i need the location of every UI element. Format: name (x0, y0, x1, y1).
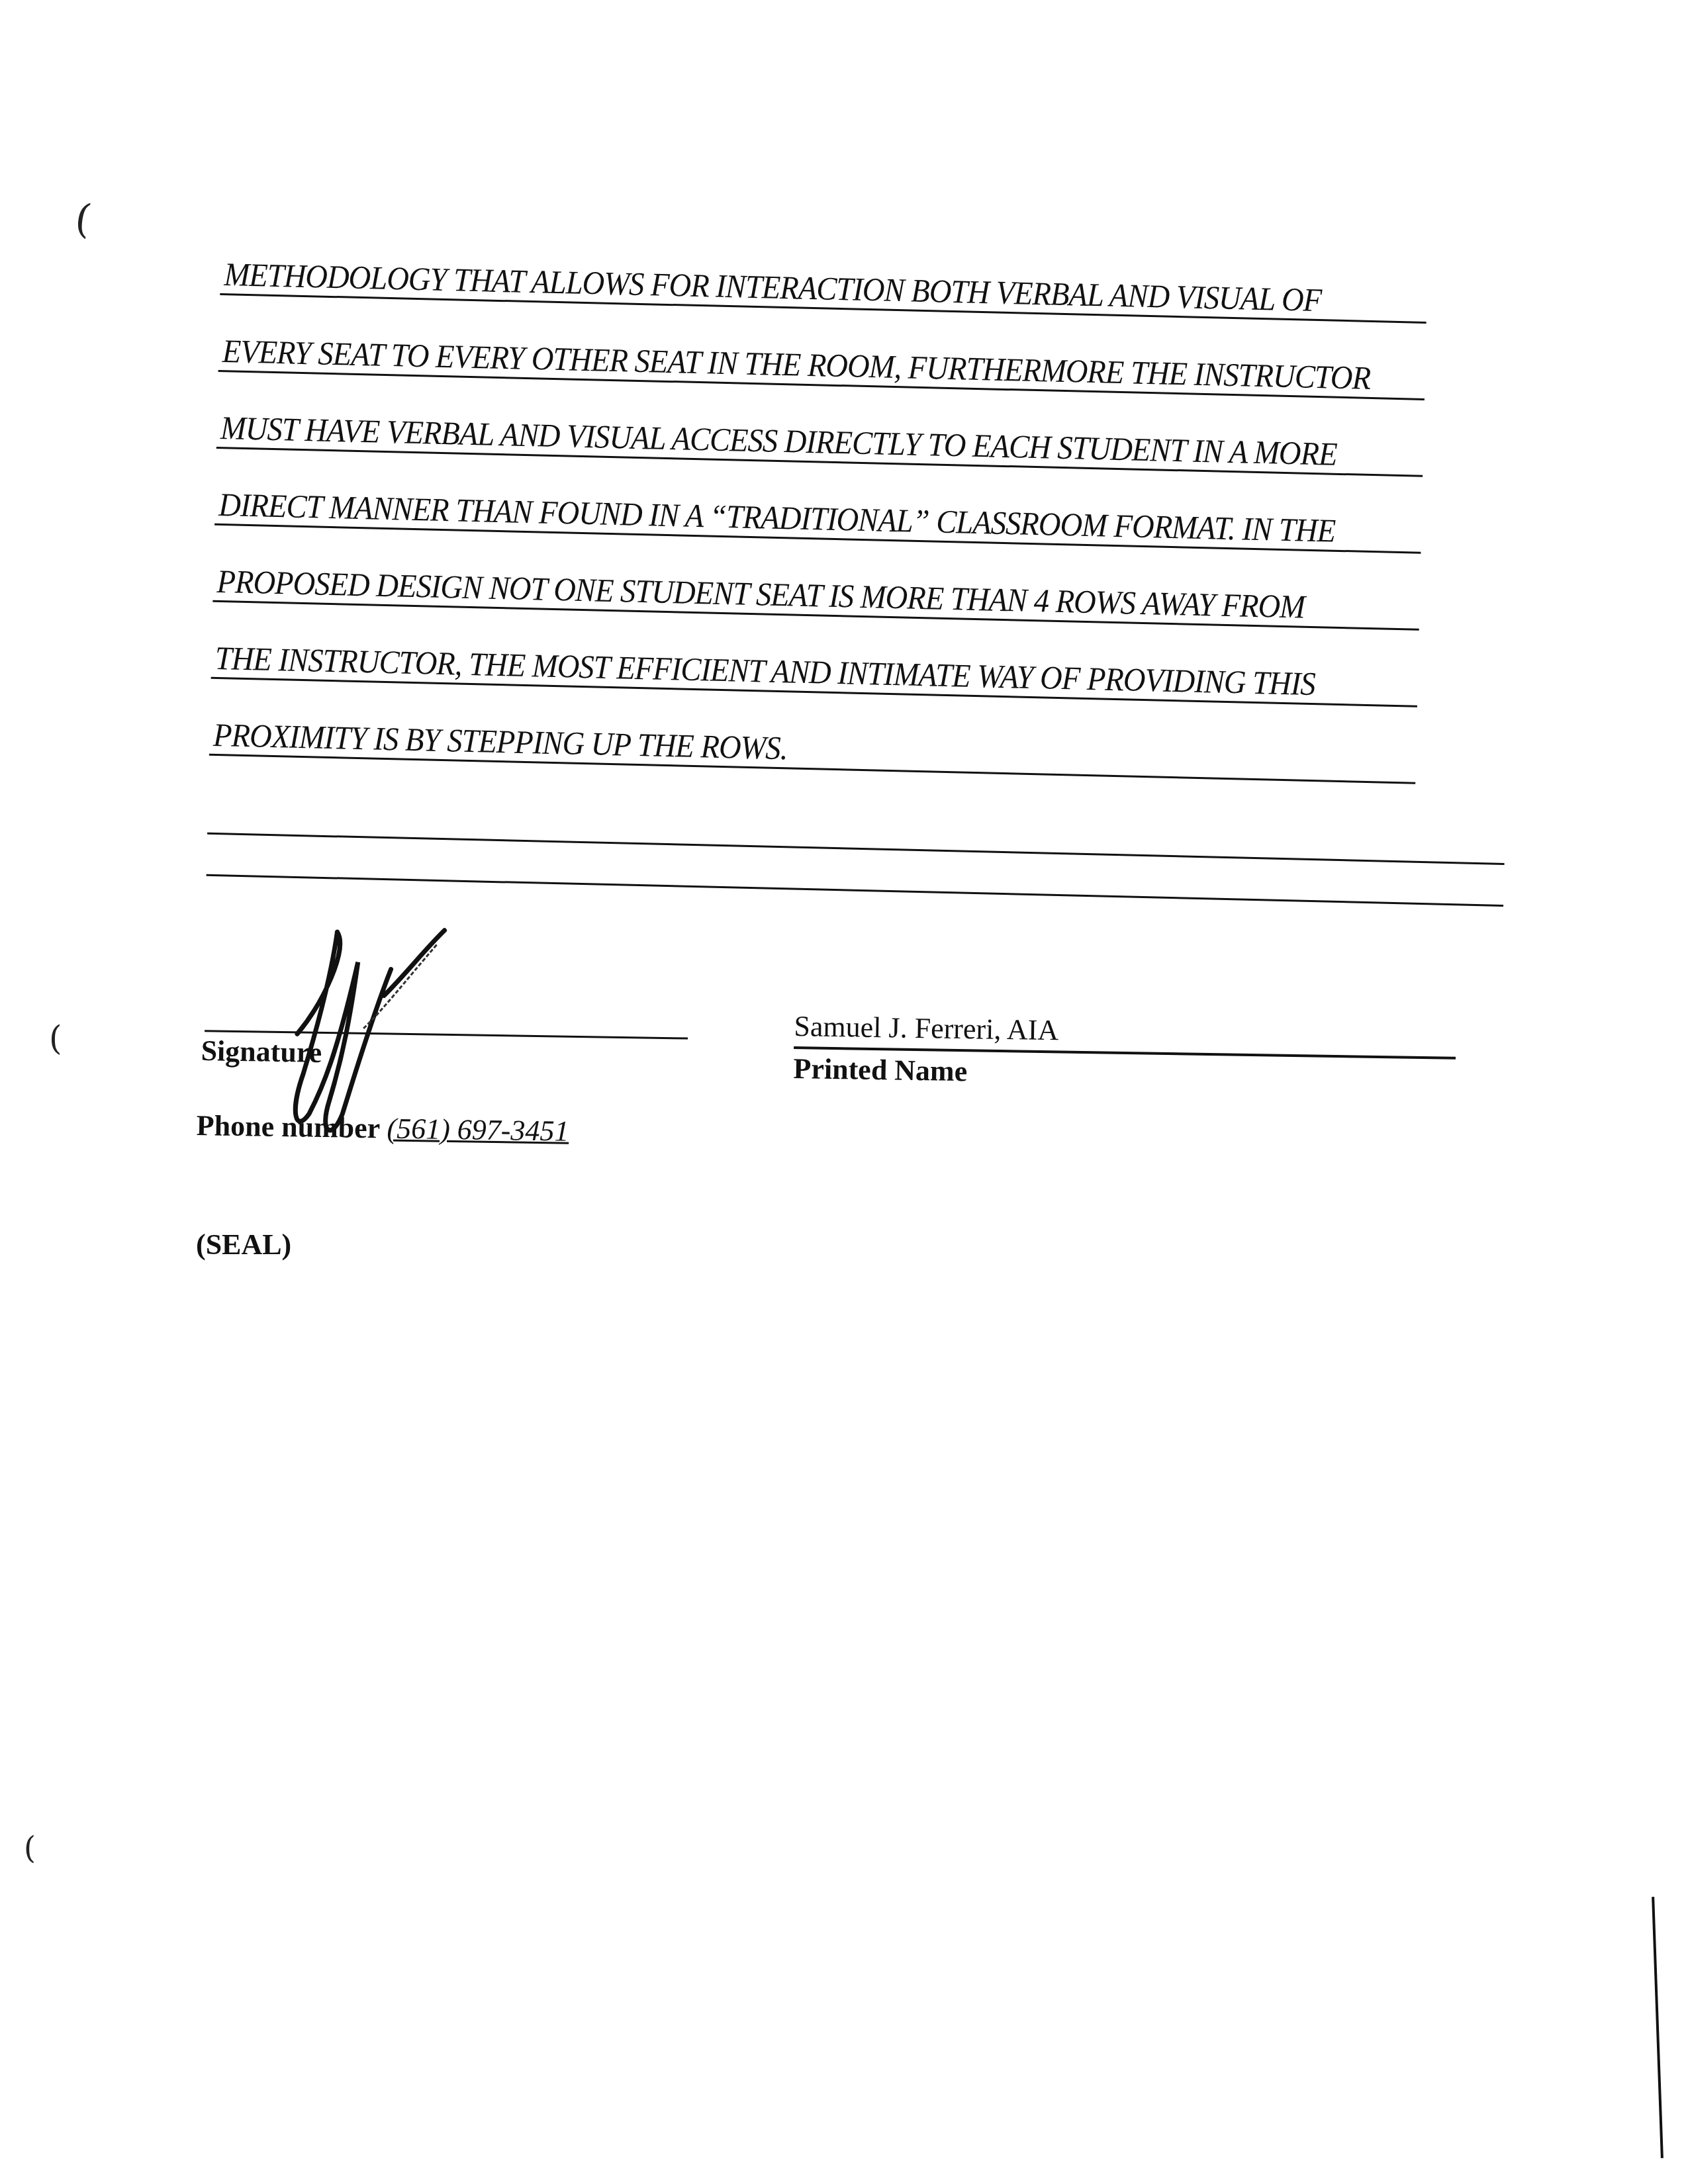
phone-number-value: (561) 697-3451 (387, 1112, 569, 1147)
phone-number-label: Phone number (196, 1109, 379, 1144)
scan-mark-middle: ( (49, 1019, 62, 1058)
seal-label: (SEAL) (196, 1228, 291, 1261)
scan-edge-line (1652, 1897, 1664, 2158)
signature-label: Signature (201, 1034, 322, 1069)
statement-line-text: PROXIMITY IS BY STEPPING UP THE ROWS. (213, 718, 788, 764)
statement-body: METHODOLOGY THAT ALLOWS FOR INTERACTION … (207, 218, 1519, 907)
scan-mark-bottom: ( (24, 1830, 36, 1866)
printed-name-block: Samuel J. Ferreri, AIA Printed Name (790, 1009, 1486, 1113)
scan-mark-top: ( (72, 195, 94, 244)
printed-name-value: Samuel J. Ferreri, AIA (794, 1009, 1058, 1047)
phone-number-field: Phone number (561) 697-3451 (196, 1109, 569, 1148)
signature-block: Signature Phone number (561) 697-3451 (195, 993, 728, 1200)
document-page: METHODOLOGY THAT ALLOWS FOR INTERACTION … (0, 0, 1688, 2184)
printed-name-label: Printed Name (793, 1052, 967, 1088)
